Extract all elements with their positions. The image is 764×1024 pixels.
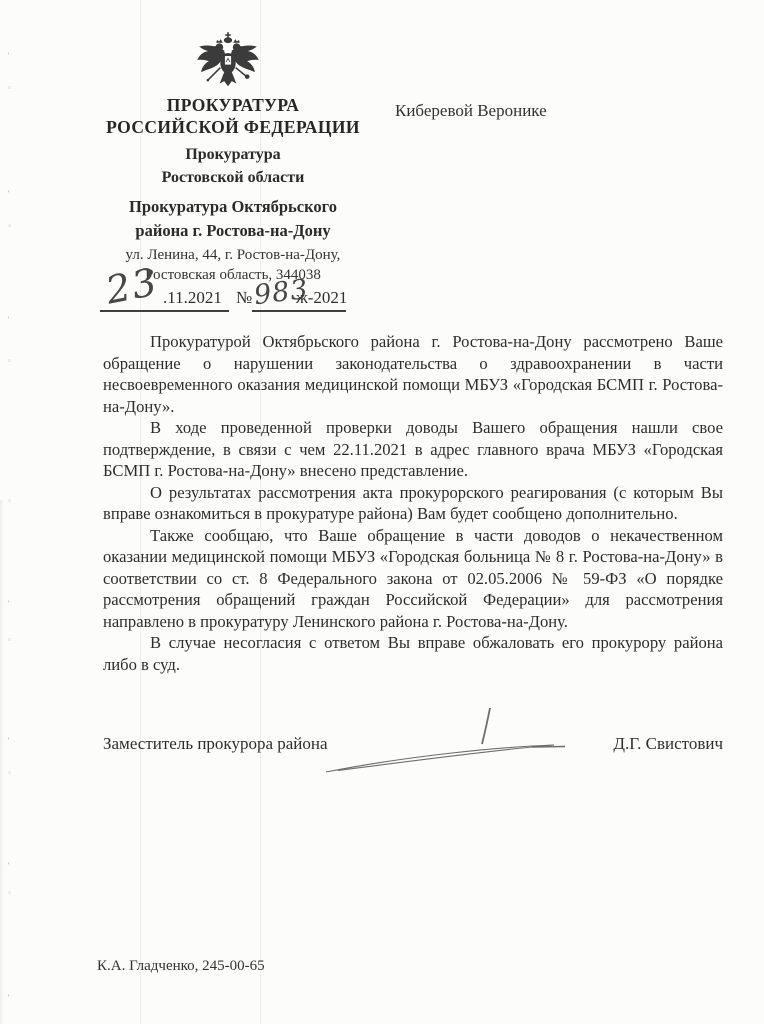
scan-speck: ◦ xyxy=(7,636,12,646)
page-edge-shade xyxy=(0,500,4,1024)
district-office-line1: Прокуратура Октябрьского xyxy=(83,197,383,217)
org-name-line2: РОССИЙСКОЙ ФЕДЕРАЦИИ xyxy=(83,117,383,138)
body-paragraph: В ходе проведенной проверки доводы Вашег… xyxy=(103,417,723,482)
scan-speck: ’ xyxy=(7,737,10,747)
body-paragraph: Прокуратурой Октябрьского района г. Рост… xyxy=(103,331,723,417)
scan-speck: ◦ xyxy=(7,497,12,507)
signer-name: Д.Г. Свистович xyxy=(560,734,723,754)
number-sign: № xyxy=(236,288,252,308)
coat-of-arms-icon xyxy=(196,31,260,94)
executor-contact: К.А. Гладченко, 245-00-65 xyxy=(97,958,265,975)
office-address-line1: ул. Ленина, 44, г. Ростов-на-Дону, xyxy=(83,247,383,264)
handwritten-signature xyxy=(318,700,578,785)
district-office-line2: района г. Ростова-на-Дону xyxy=(83,221,383,241)
date-underline xyxy=(100,310,229,312)
handwritten-day: 23 xyxy=(102,259,162,312)
region-office-line2: Ростовской области xyxy=(83,169,383,187)
scan-speck: ’ xyxy=(7,600,10,610)
scan-speck: ’ xyxy=(7,52,10,62)
scan-speck: ’ xyxy=(7,190,10,200)
scan-speck: ’ xyxy=(7,994,10,1004)
body-paragraph: О результатах рассмотрения акта прокурор… xyxy=(103,482,723,525)
letter-body: Прокуратурой Октябрьского района г. Рост… xyxy=(103,331,723,675)
body-paragraph: Также сообщаю, что Ваше обращение в част… xyxy=(103,525,723,633)
scan-speck: ◦ xyxy=(7,357,12,367)
scan-speck: ◦ xyxy=(7,769,12,779)
scanned-letter-page: ’ ◦ ’ ◦ ’ ◦ ◦ ’ ◦ ’ ◦ ’ ◦ ’ xyxy=(0,0,764,1024)
body-paragraph: В случае несогласия с ответом Вы вправе … xyxy=(103,632,723,675)
addressee-name: Киберевой Веронике xyxy=(395,101,547,121)
signer-position-title: Заместитель прокурора района xyxy=(103,734,328,754)
printed-number-suffix: ж-2021 xyxy=(296,288,347,308)
scan-speck: ’ xyxy=(7,862,10,872)
scan-speck: ◦ xyxy=(7,84,12,94)
scan-speck: ◦ xyxy=(7,222,12,232)
number-underline xyxy=(252,310,346,312)
scan-speck: ◦ xyxy=(7,889,12,899)
printed-date: .11.2021 xyxy=(163,288,222,308)
org-name-line1: ПРОКУРАТУРА xyxy=(83,95,383,116)
region-office-line1: Прокуратура xyxy=(83,146,383,164)
scan-speck: ’ xyxy=(7,316,10,326)
